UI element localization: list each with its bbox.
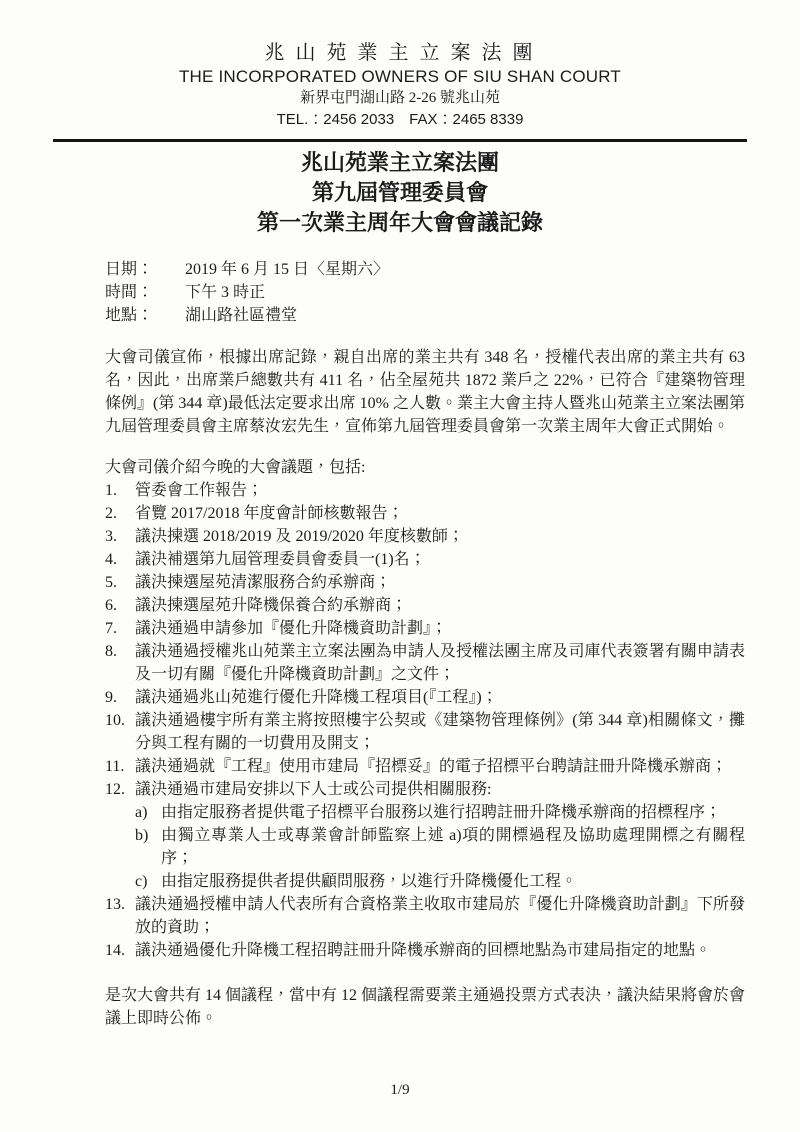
document-title-line1: 兆山苑業主立案法團 <box>55 148 745 178</box>
agenda-subitem-number: c) <box>135 870 161 893</box>
agenda-item-12c: c) 由指定服務提供者提供顧問服務，以進行升降機優化工程。 <box>135 870 745 893</box>
agenda-item-text: 議決通過樓宇所有業主將按照樓宇公契或《建築物管理條例》(第 344 章)相關條文… <box>135 709 745 755</box>
agenda-item-number: 11. <box>105 755 135 778</box>
document-title-line2: 第九屆管理委員會 <box>55 178 745 208</box>
org-name-english: THE INCORPORATED OWNERS OF SIU SHAN COUR… <box>55 66 745 88</box>
agenda-list: 1. 管委會工作報告； 2. 省覽 2017/2018 年度會計師核數報告； 3… <box>105 479 745 962</box>
place-value: 湖山路社區禮堂 <box>163 304 297 327</box>
org-contact: TEL.：2456 2033 FAX：2465 8339 <box>55 109 745 130</box>
agenda-item-6: 6. 議決揀選屋苑升降機保養合約承辦商； <box>105 594 745 617</box>
agenda-item-13: 13. 議決通過授權申請人代表所有合資格業主收取市建局於『優化升降機資助計劃』下… <box>105 893 745 939</box>
meta-row-time: 時間： 下午 3 時正 <box>105 281 745 304</box>
time-label: 時間： <box>105 281 163 304</box>
agenda-item-10: 10. 議決通過樓宇所有業主將按照樓宇公契或《建築物管理條例》(第 344 章)… <box>105 709 745 755</box>
agenda-item-number: 8. <box>105 640 135 663</box>
org-name-chinese: 兆 山 苑 業 主 立 案 法 團 <box>55 40 745 66</box>
agenda-item-text: 議決揀選屋苑清潔服務合約承辦商； <box>135 571 745 594</box>
agenda-item-text: 議決通過優化升降機工程招聘註冊升降機承辦商的回標地點為市建局指定的地點。 <box>135 939 745 962</box>
agenda-item-text: 議決通過兆山苑進行優化升降機工程項目(『工程』)； <box>135 686 745 709</box>
meta-row-place: 地點： 湖山路社區禮堂 <box>105 304 745 327</box>
agenda-item-number: 6. <box>105 594 135 617</box>
agenda-item-text: 議決通過申請參加『優化升降機資助計劃』； <box>135 617 745 640</box>
agenda-item-text: 省覽 2017/2018 年度會計師核數報告； <box>135 502 745 525</box>
agenda-item-14: 14. 議決通過優化升降機工程招聘註冊升降機承辦商的回標地點為市建局指定的地點。 <box>105 939 745 962</box>
page-number: 1/9 <box>0 1079 800 1102</box>
agenda-item-number: 10. <box>105 709 135 732</box>
agenda-item-text: 議決通過授權申請人代表所有合資格業主收取市建局於『優化升降機資助計劃』下所發放的… <box>135 893 745 939</box>
agenda-item-text: 議決通過就『工程』使用市建局『招標妥』的電子招標平台聘請註冊升降機承辦商； <box>135 755 745 778</box>
agenda-item-12b: b) 由獨立專業人士或專業會計師監察上述 a)項的開標過程及協助處理開標之有關程… <box>135 824 745 870</box>
document-page: 兆 山 苑 業 主 立 案 法 團 THE INCORPORATED OWNER… <box>0 0 800 1132</box>
agenda-item-number: 13. <box>105 893 135 916</box>
closing-paragraph: 是次大會共有 14 個議程，當中有 12 個議程需要業主通過投票方式表決，議決結… <box>105 984 745 1030</box>
agenda-item-4: 4. 議決補選第九屆管理委員會委員一(1)名； <box>105 548 745 571</box>
attendance-paragraph: 大會司儀宣佈，根據出席記錄，親自出席的業主共有 348 名，授權代表出席的業主共… <box>105 346 745 438</box>
agenda-subitem-text: 由獨立專業人士或專業會計師監察上述 a)項的開標過程及協助處理開標之有關程序； <box>161 824 745 870</box>
agenda-item-number: 4. <box>105 548 135 571</box>
agenda-item-12: 12. 議決通過市建局安排以下人士或公司提供相關服務: <box>105 778 745 801</box>
org-address: 新界屯門湖山路 2-26 號兆山苑 <box>55 88 745 109</box>
agenda-item-number: 9. <box>105 686 135 709</box>
agenda-item-text: 議決揀選屋苑升降機保養合約承辦商； <box>135 594 745 617</box>
date-label: 日期： <box>105 258 163 281</box>
header-divider <box>53 139 747 142</box>
agenda-item-number: 2. <box>105 502 135 525</box>
agenda-item-number: 12. <box>105 778 135 801</box>
letterhead: 兆 山 苑 業 主 立 案 法 團 THE INCORPORATED OWNER… <box>55 40 745 130</box>
agenda-item-text: 議決通過授權兆山苑業主立案法團為申請人及授權法團主席及司庫代表簽署有關申請表及一… <box>135 640 745 686</box>
agenda-subitem-number: a) <box>135 801 161 824</box>
agenda-item-number: 14. <box>105 939 135 962</box>
agenda-item-2: 2. 省覽 2017/2018 年度會計師核數報告； <box>105 502 745 525</box>
meeting-meta: 日期： 2019 年 6 月 15 日〈星期六〉 時間： 下午 3 時正 地點：… <box>105 258 745 327</box>
agenda-subitem-number: b) <box>135 824 161 847</box>
agenda-item-3: 3. 議決揀選 2018/2019 及 2019/2020 年度核數師； <box>105 525 745 548</box>
agenda-item-text: 議決補選第九屆管理委員會委員一(1)名； <box>135 548 745 571</box>
agenda-item-5: 5. 議決揀選屋苑清潔服務合約承辦商； <box>105 571 745 594</box>
agenda-item-1: 1. 管委會工作報告； <box>105 479 745 502</box>
agenda-intro: 大會司儀介紹今晚的大會議題，包括: <box>105 456 745 479</box>
agenda-item-text: 議決通過市建局安排以下人士或公司提供相關服務: <box>135 778 745 801</box>
time-value: 下午 3 時正 <box>163 281 265 304</box>
agenda-subitem-text: 由指定服務者提供電子招標平台服務以進行招聘註冊升降機承辦商的招標程序； <box>161 801 745 824</box>
agenda-item-number: 1. <box>105 479 135 502</box>
document-title: 兆山苑業主立案法團 第九屆管理委員會 第一次業主周年大會會議記錄 <box>55 148 745 238</box>
date-value: 2019 年 6 月 15 日〈星期六〉 <box>163 258 389 281</box>
agenda-item-7: 7. 議決通過申請參加『優化升降機資助計劃』； <box>105 617 745 640</box>
agenda-item-9: 9. 議決通過兆山苑進行優化升降機工程項目(『工程』)； <box>105 686 745 709</box>
agenda-item-11: 11. 議決通過就『工程』使用市建局『招標妥』的電子招標平台聘請註冊升降機承辦商… <box>105 755 745 778</box>
agenda-item-text: 議決揀選 2018/2019 及 2019/2020 年度核數師； <box>135 525 745 548</box>
agenda-item-number: 7. <box>105 617 135 640</box>
agenda-item-8: 8. 議決通過授權兆山苑業主立案法團為申請人及授權法團主席及司庫代表簽署有關申請… <box>105 640 745 686</box>
meta-row-date: 日期： 2019 年 6 月 15 日〈星期六〉 <box>105 258 745 281</box>
agenda-item-number: 5. <box>105 571 135 594</box>
document-title-line3: 第一次業主周年大會會議記錄 <box>55 208 745 238</box>
agenda-item-number: 3. <box>105 525 135 548</box>
agenda-item-text: 管委會工作報告； <box>135 479 745 502</box>
agenda-subitem-text: 由指定服務提供者提供顧問服務，以進行升降機優化工程。 <box>161 870 745 893</box>
agenda-item-12a: a) 由指定服務者提供電子招標平台服務以進行招聘註冊升降機承辦商的招標程序； <box>135 801 745 824</box>
place-label: 地點： <box>105 304 163 327</box>
